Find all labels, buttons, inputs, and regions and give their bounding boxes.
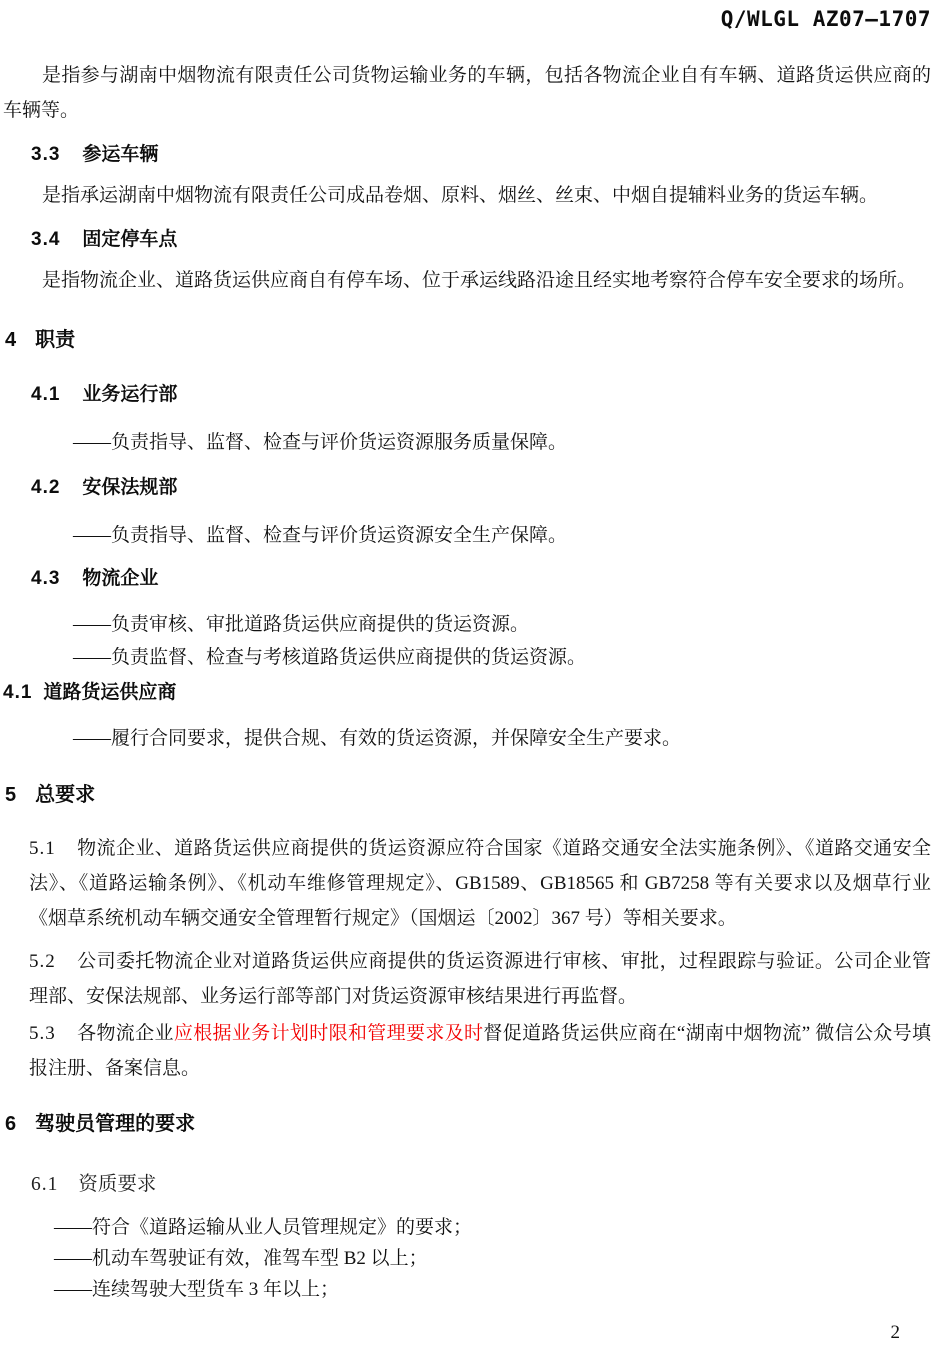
section-heading-6-1: 6.1资质要求 [31, 1172, 931, 1198]
list-item: ——符合《道路运输从业人员管理规定》的要求； [54, 1212, 931, 1243]
section-title: 职责 [35, 329, 75, 351]
section-heading-3-3: 3.3参运车辆 [31, 142, 931, 168]
section-6-1-items: ——符合《道路运输从业人员管理规定》的要求； ——机动车驾驶证有效，准驾车型 B… [3, 1212, 931, 1305]
section-heading-4: 4职责 [5, 326, 931, 354]
section-number: 3.3 [31, 144, 60, 165]
section-number: 6 [5, 1113, 16, 1135]
section-4-3-items: ——负责审核、审批道路货运供应商提供的货运资源。 ——负责监督、检查与考核道路货… [3, 608, 931, 674]
list-item: ——负责审核、审批道路货运供应商提供的货运资源。 [73, 608, 931, 641]
section-3-4-paragraph: 是指物流企业、道路货运供应商自有停车场、位于承运线路沿途且经实地考察符合停车安全… [3, 263, 931, 298]
section-title: 安保法规部 [82, 477, 177, 498]
section-number: 4.1 [3, 682, 32, 703]
paragraph-text: 物流企业、道路货运供应商提供的货运资源应符合国家《道路交通安全法实施条例》、《道… [29, 838, 931, 929]
section-title: 资质要求 [78, 1174, 156, 1195]
section-title: 固定停车点 [82, 229, 177, 250]
page-number: 2 [891, 1322, 901, 1344]
section-number: 5.2 [29, 951, 56, 972]
section-number: 5.3 [29, 1023, 56, 1044]
list-item: ——履行合同要求，提供合规、有效的货运资源，并保障安全生产要求。 [73, 722, 931, 755]
paragraph-text: 各物流企业 [77, 1023, 174, 1044]
section-title: 总要求 [35, 784, 95, 806]
section-heading-3-4: 3.4固定停车点 [31, 227, 931, 253]
list-item: ——负责指导、监督、检查与评价货运资源服务质量保障。 [73, 426, 931, 459]
section-number: 4.2 [31, 477, 60, 498]
section-heading-6: 6驾驶员管理的要求 [5, 1110, 931, 1138]
section-3-3-paragraph: 是指承运湖南中烟物流有限责任公司成品卷烟、原料、烟丝、丝束、中烟自提辅料业务的货… [3, 178, 931, 213]
list-item: ——负责监督、检查与考核道路货运供应商提供的货运资源。 [73, 641, 931, 674]
section-number: 4.3 [31, 568, 60, 589]
section-title: 物流企业 [82, 568, 158, 589]
section-5-1-paragraph: 5.1物流企业、道路货运供应商提供的货运资源应符合国家《道路交通安全法实施条例》… [29, 831, 931, 936]
document-page: Q/WLGL AZ07—1707 是指参与湖南中烟物流有限责任公司货物运输业务的… [0, 0, 936, 1352]
section-number: 6.1 [31, 1174, 58, 1195]
section-title: 业务运行部 [82, 384, 177, 405]
section-5-3-paragraph: 5.3各物流企业应根据业务计划时限和管理要求及时督促道路货运供应商在“湖南中烟物… [29, 1016, 931, 1086]
list-item: ——机动车驾驶证有效，准驾车型 B2 以上； [54, 1243, 931, 1274]
section-heading-4-1-supplier: 4.1道路货运供应商 [3, 680, 931, 706]
list-item: ——负责指导、监督、检查与评价货运资源安全生产保障。 [73, 519, 931, 552]
section-number: 4 [5, 329, 16, 351]
section-heading-5: 5总要求 [5, 781, 931, 809]
section-4-1-supplier-items: ——履行合同要求，提供合规、有效的货运资源，并保障安全生产要求。 [3, 722, 931, 755]
section-number: 5 [5, 784, 16, 806]
list-item: ——连续驾驶大型货车 3 年以上； [54, 1274, 931, 1305]
highlighted-red-text: 应根据业务计划时限和管理要求及时 [174, 1023, 484, 1044]
section-heading-4-1: 4.1业务运行部 [31, 382, 931, 408]
section-4-2-items: ——负责指导、监督、检查与评价货运资源安全生产保障。 [3, 519, 931, 552]
section-title: 道路货运供应商 [43, 682, 176, 703]
section-number: 5.1 [29, 838, 56, 859]
section-5-2-paragraph: 5.2公司委托物流企业对道路货运供应商提供的货运资源进行审核、审批，过程跟踪与验… [29, 944, 931, 1014]
section-heading-4-2: 4.2安保法规部 [31, 475, 931, 501]
intro-paragraph: 是指参与湖南中烟物流有限责任公司货物运输业务的车辆，包括各物流企业自有车辆、道路… [3, 58, 931, 128]
section-heading-4-3: 4.3物流企业 [31, 566, 931, 592]
section-4-1-items: ——负责指导、监督、检查与评价货运资源服务质量保障。 [3, 426, 931, 459]
doc-code: Q/WLGL AZ07—1707 [3, 6, 931, 32]
paragraph-text: 公司委托物流企业对道路货运供应商提供的货运资源进行审核、审批，过程跟踪与验证。公… [29, 951, 931, 1007]
section-title: 参运车辆 [82, 144, 158, 165]
section-title: 驾驶员管理的要求 [35, 1113, 195, 1135]
section-number: 3.4 [31, 229, 60, 250]
section-number: 4.1 [31, 384, 60, 405]
